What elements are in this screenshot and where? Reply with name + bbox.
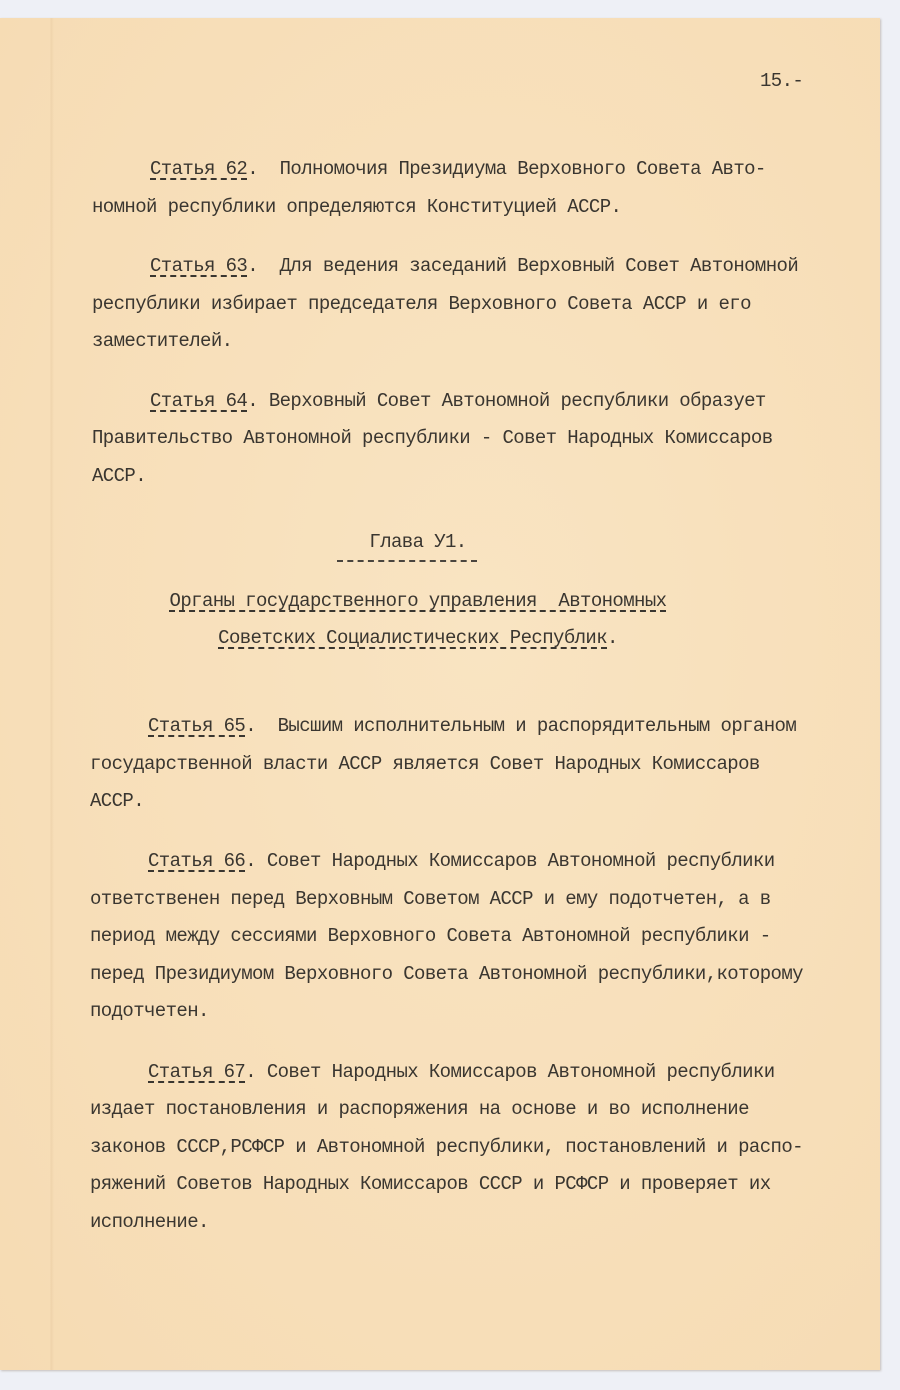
article-63-first-line: Статья 63. Для ведения заседаний Верховн… [150, 247, 798, 285]
article-66-line: ответственен перед Верховным Советом АСС… [90, 880, 771, 918]
article-67-line: исполнение. [90, 1203, 209, 1241]
article-66-line: подотчетен. [90, 992, 209, 1030]
article-66-line: перед Президиумом Верховного Совета Авто… [90, 955, 803, 993]
article-62-label: Статья 62 [150, 158, 247, 180]
article-65-first-line: Статья 65. Высшим исполнительным и распо… [148, 707, 796, 745]
article-64-first-line: Статья 64. Верховный Совет Автономной ре… [150, 382, 766, 420]
article-66-line: период между сессиями Верховного Совета … [90, 917, 771, 955]
article-64-line: Правительство Автономной республики - Со… [92, 419, 773, 457]
article-67-label: Статья 67 [148, 1061, 245, 1083]
article-62-first-line: Статья 62. Полномочия Президиума Верховн… [150, 150, 766, 188]
chapter-heading-line-2: Советских Социалистических Республик. [0, 619, 836, 657]
article-65-line: АССР. [90, 782, 144, 820]
chapter-title-rule [337, 560, 477, 562]
article-65-label: Статья 65 [148, 715, 245, 737]
article-67-first-line: Статья 67. Совет Народных Комиссаров Авт… [148, 1053, 775, 1091]
article-63-label: Статья 63 [150, 255, 247, 277]
article-64-label: Статья 64 [150, 390, 247, 412]
article-62-line: номной республики определяются Конституц… [92, 188, 621, 226]
article-67-line: ряжений Советов Народных Комиссаров СССР… [90, 1165, 771, 1203]
article-66-first-line: Статья 66. Совет Народных Комиссаров Авт… [148, 842, 775, 880]
article-64-line: АССР. [92, 457, 146, 495]
article-63-line: заместителей. [92, 322, 232, 360]
article-63-line: республики избирает председателя Верховн… [92, 285, 751, 323]
article-65-line: государственной власти АССР является Сов… [90, 745, 760, 783]
article-67-line: законов СССР,РСФСР и Автономной республи… [90, 1128, 803, 1166]
chapter-title: Глава У1. [0, 523, 836, 561]
document-page: 15.- Статья 62. Полномочия Президиума Ве… [0, 18, 880, 1370]
article-66-label: Статья 66 [148, 850, 245, 872]
chapter-heading-line-1: Органы государственного управления Автон… [0, 582, 836, 620]
article-67-line: издает постановления и распоряжения на о… [90, 1090, 749, 1128]
page-number: 15.- [760, 62, 803, 100]
